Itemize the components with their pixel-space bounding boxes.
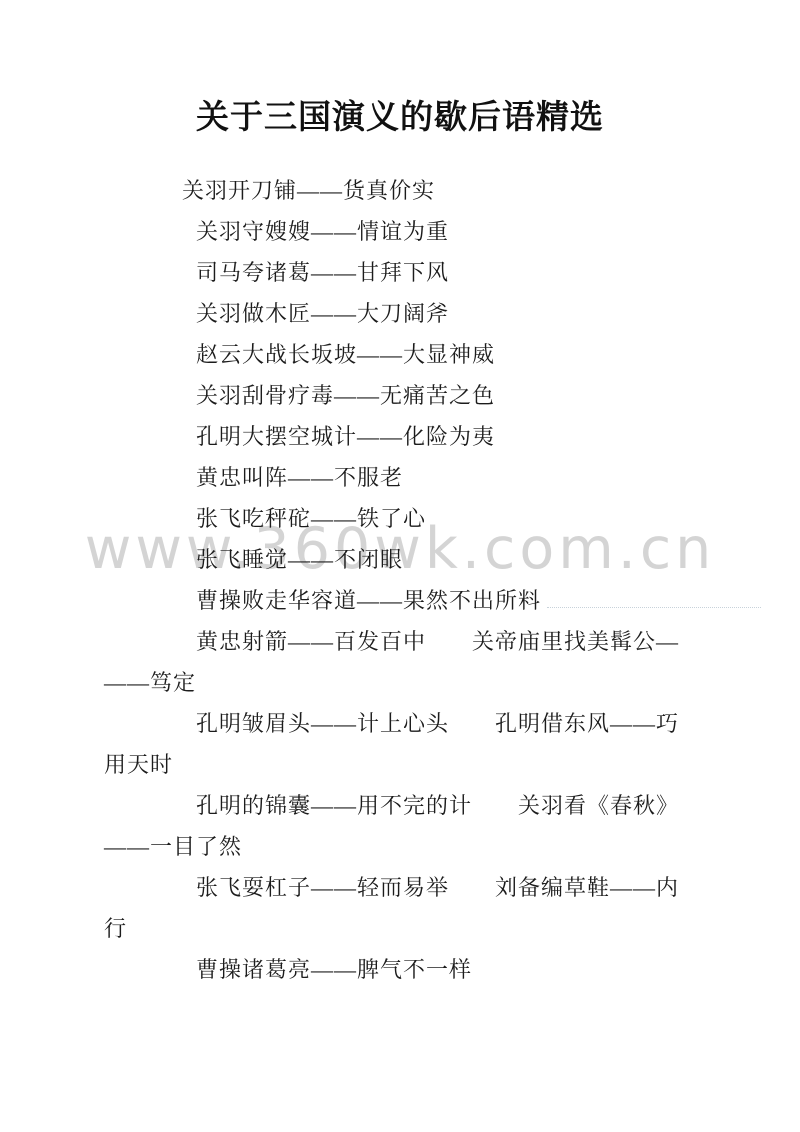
text-line: 黄忠射箭——百发百中 关帝庙里找美髯公— <box>100 621 700 662</box>
text-line: 张飞耍杠子——轻而易举 刘备编草鞋——内 <box>100 867 700 908</box>
dotted-underline <box>547 602 761 608</box>
text-line: 司马夸诸葛——甘拜下风 <box>100 252 700 293</box>
text-line: 曹操败走华容道——果然不出所料 <box>100 580 700 621</box>
document-page: www.360wk.com.cn 关于三国演义的歇后语精选 关羽开刀铺——货真价… <box>0 0 800 1132</box>
text-line: 关羽守嫂嫂——情谊为重 <box>100 211 700 252</box>
text-line: 张飞吃秤砣——铁了心 <box>100 498 700 539</box>
text-line: 关羽刮骨疗毒——无痛苦之色 <box>100 375 700 416</box>
text-line: 孔明大摆空城计——化险为夷 <box>100 416 700 457</box>
text-line: 张飞睡觉——不闭眼 <box>100 539 700 580</box>
text-line: 关羽做木匠——大刀阔斧 <box>100 293 700 334</box>
text-line: 关羽开刀铺——货真价实 <box>100 170 700 211</box>
document-body: 关羽开刀铺——货真价实关羽守嫂嫂——情谊为重司马夸诸葛——甘拜下风关羽做木匠——… <box>100 170 700 990</box>
text-line: 曹操诸葛亮——脾气不一样 <box>100 949 700 990</box>
text-line: 用天时 <box>100 744 700 785</box>
document-title: 关于三国演义的歇后语精选 <box>0 98 800 138</box>
text-line: 赵云大战长坂坡——大显神威 <box>100 334 700 375</box>
text-line: ——笃定 <box>100 662 700 703</box>
text-line: 孔明的锦囊——用不完的计 关羽看《春秋》 <box>100 785 700 826</box>
text-line: 行 <box>100 908 700 949</box>
text-line: 黄忠叫阵——不服老 <box>100 457 700 498</box>
text-line: 孔明皱眉头——计上心头 孔明借东风——巧 <box>100 703 700 744</box>
text-line: ——一目了然 <box>100 826 700 867</box>
